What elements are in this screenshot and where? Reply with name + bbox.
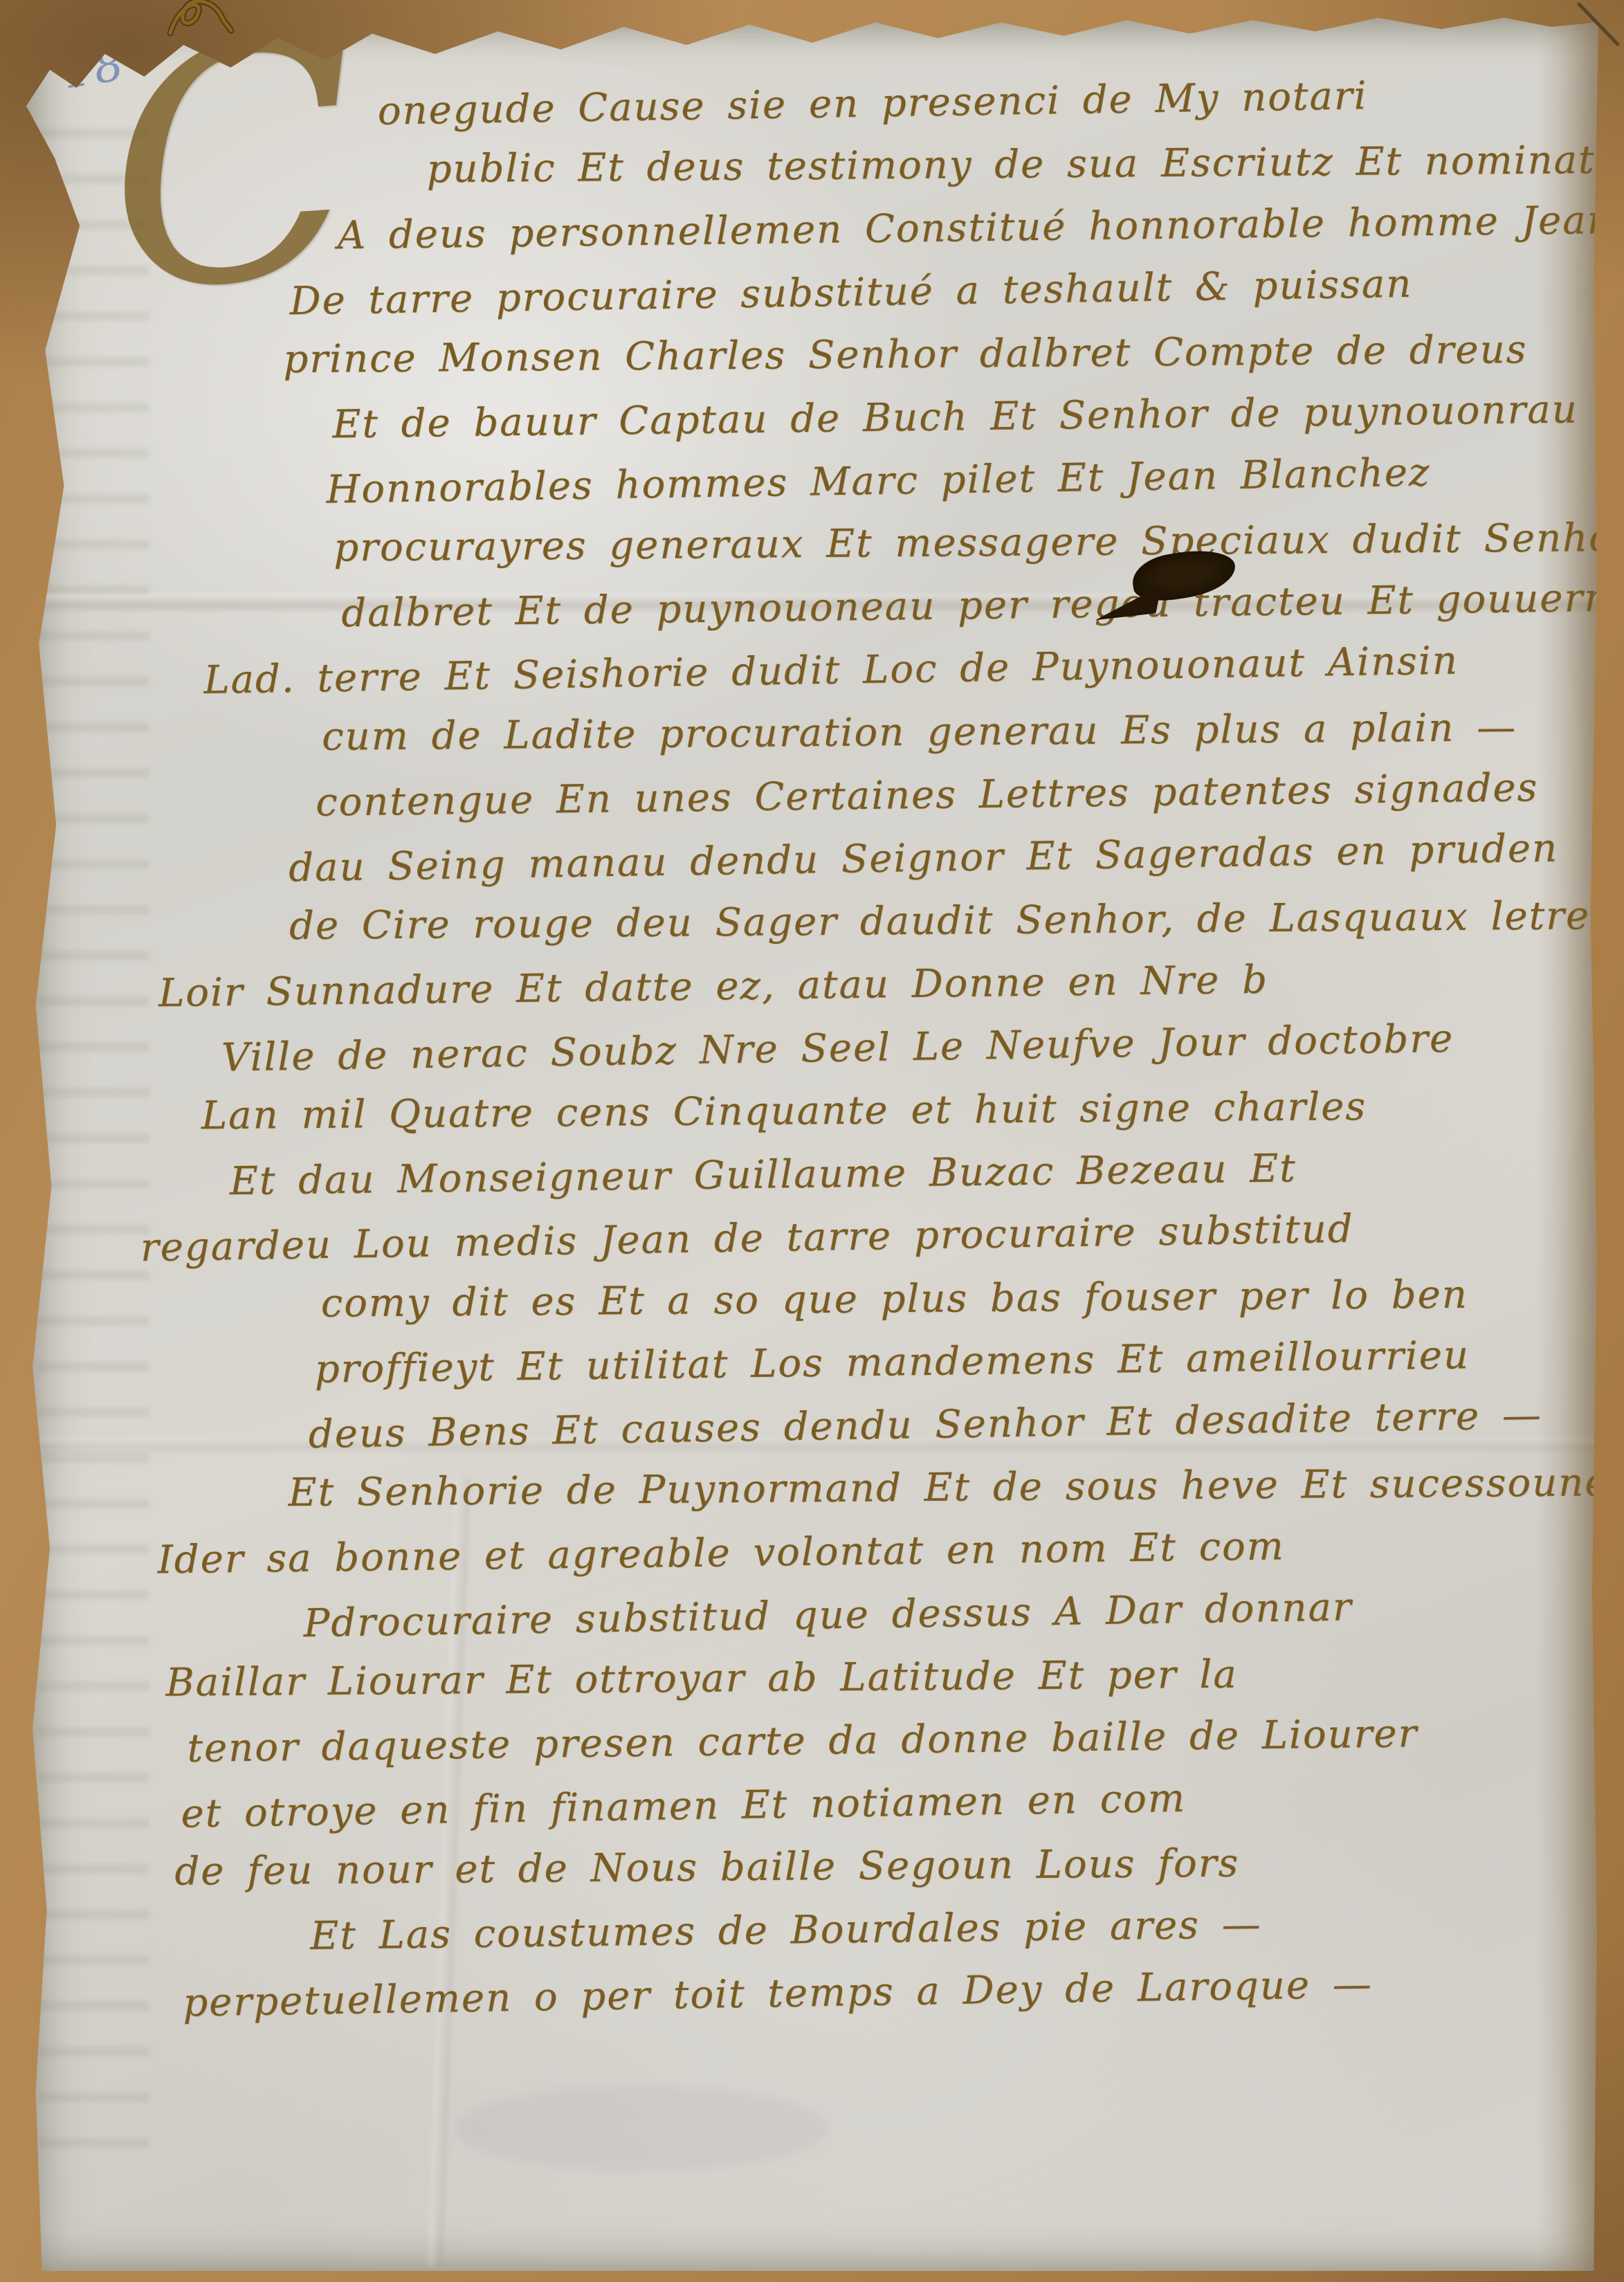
manuscript-page: 18 C onegude Cause sie en presenci de My… bbox=[26, 11, 1598, 2271]
manuscript-line: procurayres generaux Et messagere Specia… bbox=[334, 506, 1566, 579]
corner-thread-icon bbox=[1576, 0, 1623, 50]
manuscript-text: onegude Cause sie en presenci de My nota… bbox=[121, 64, 1580, 2032]
photo-backdrop: 18 C onegude Cause sie en presenci de My… bbox=[0, 0, 1624, 2282]
pencil-smudge bbox=[455, 2087, 829, 2170]
manuscript-line: public Et deus testimony de sua Escriutz… bbox=[426, 129, 1562, 201]
binding-wire-icon bbox=[165, 0, 242, 42]
